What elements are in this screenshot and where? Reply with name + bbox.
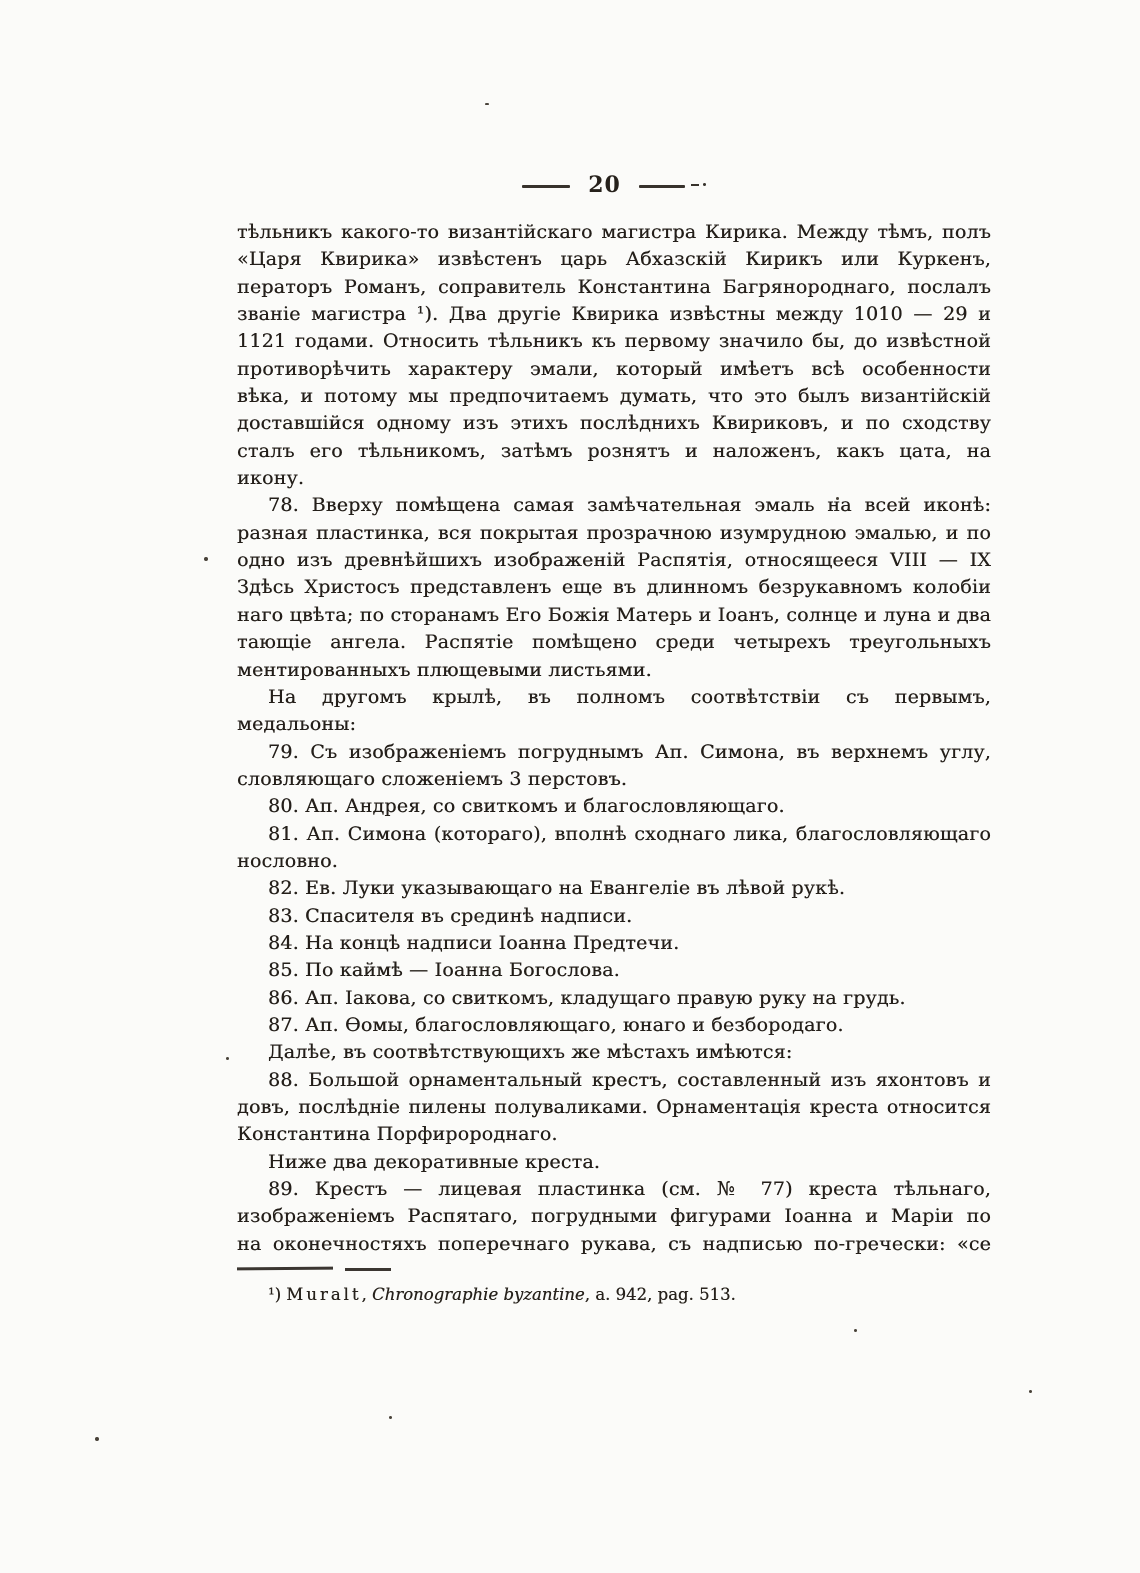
text-line: 81. Ап. Симона (котораго), вполнѣ сходна… (237, 821, 991, 848)
text-line: 84. На концѣ надписи Іоанна Предтечи. (237, 930, 991, 957)
paragraph: 78. Вверху помѣщена самая замѣчательная … (237, 492, 991, 683)
paragraph: 88. Большой орнаментальный крестъ, соста… (237, 1067, 991, 1149)
text-line: 78. Вверху помѣщена самая замѣчательная … (237, 492, 991, 519)
text-line: 89. Крестъ — лицевая пластинка (см. № 77… (237, 1176, 991, 1203)
text-line: 79. Съ изображеніемъ погруднымъ Ап. Симо… (237, 739, 991, 766)
text-line: 88. Большой орнаментальный крестъ, соста… (237, 1067, 991, 1094)
scan-speck (836, 497, 839, 500)
page-number: 20 (588, 172, 621, 198)
page-header: 20 (237, 170, 991, 202)
text-line: ператоръ Романъ, соправитель Константина… (237, 274, 991, 301)
text-line: одно изъ древнѣйшихъ изображеній Распяті… (237, 547, 991, 574)
paragraph: 85. По каймѣ — Іоанна Богослова. (237, 957, 991, 984)
text-line: 1121 годами. Относить тѣльникъ къ первом… (237, 328, 991, 355)
separator-gap (333, 1281, 345, 1282)
text-line: 85. По каймѣ — Іоанна Богослова. (237, 957, 991, 984)
text-line: доставшійся одному изъ этихъ послѣднихъ … (237, 410, 991, 437)
separator-segment (345, 1268, 391, 1271)
scan-speck (854, 1329, 857, 1332)
paragraph: Ниже два декоративные креста. (237, 1149, 991, 1176)
text-line: вѣка, и потому мы предпочитаемъ думать, … (237, 383, 991, 410)
text-line: На другомъ крылѣ, въ полномъ соотвѣтстві… (237, 684, 991, 711)
text-line: словляющаго сложеніемъ 3 перстовъ. (237, 766, 991, 793)
text-line: изображеніемъ Распятаго, погрудными фигу… (237, 1203, 991, 1230)
paragraph: 83. Спасителя въ срединѣ надписи. (237, 903, 991, 930)
paragraph: Далѣе, въ соотвѣтствующихъ же мѣстахъ им… (237, 1039, 991, 1066)
scan-speck (389, 1416, 392, 1419)
footnote-segment: , a. 942, pag. 513. (585, 1285, 736, 1304)
footnote-segment: ¹) (268, 1285, 286, 1304)
text-line: тѣльникъ какого-то византійскаго магистр… (237, 219, 991, 246)
footnote-segment: Muralt (286, 1285, 361, 1304)
header-rule-tick-icon (691, 184, 699, 186)
text-line: противорѣчить характеру эмали, который и… (237, 356, 991, 383)
text-line: 82. Ев. Луки указывающаго на Евангеліе в… (237, 875, 991, 902)
paragraph: тѣльникъ какого-то византійскаго магистр… (237, 219, 991, 492)
book-page: 20 тѣльникъ какого-то византійскаго маги… (0, 0, 1140, 1573)
paragraph: 80. Ап. Андрея, со свиткомъ и благословл… (237, 793, 991, 820)
separator-segment (237, 1267, 333, 1270)
paragraph: 81. Ап. Симона (котораго), вполнѣ сходна… (237, 821, 991, 876)
text-line: нословно. (237, 848, 991, 875)
header-rule-right-icon (639, 185, 685, 188)
text-line: медальоны: (237, 711, 991, 738)
footnote-segment: Chronographie byzantine (372, 1285, 585, 1304)
text-line: «Царя Квирика» извѣстенъ царь Абхазскій … (237, 246, 991, 273)
text-line: тающіе ангела. Распятіе помѣщено среди ч… (237, 629, 991, 656)
scan-speck (1029, 1390, 1032, 1393)
paragraph: 84. На концѣ надписи Іоанна Предтечи. (237, 930, 991, 957)
paragraph: 89. Крестъ — лицевая пластинка (см. № 77… (237, 1176, 991, 1258)
text-line: разная пластинка, вся покрытая прозрачно… (237, 520, 991, 547)
text-line: на оконечностяхъ поперечнаго рукава, съ … (237, 1231, 991, 1258)
paragraph: 87. Ап. Ѳомы, благословляющаго, юнаго и … (237, 1012, 991, 1039)
text-line: званіе магистра ¹). Два другіе Квирика и… (237, 301, 991, 328)
text-line: 83. Спасителя въ срединѣ надписи. (237, 903, 991, 930)
text-line: Константина Порфиророднаго. (237, 1121, 991, 1148)
text-line: 87. Ап. Ѳомы, благословляющаго, юнаго и … (237, 1012, 991, 1039)
text-line: икону. (237, 465, 991, 492)
text-line: 80. Ап. Андрея, со свиткомъ и благословл… (237, 793, 991, 820)
paragraph: На другомъ крылѣ, въ полномъ соотвѣтстві… (237, 684, 991, 739)
text-line: Ниже два декоративные креста. (237, 1149, 991, 1176)
scan-speck (204, 557, 208, 561)
footnote-separator (237, 1267, 391, 1270)
text-line: 86. Ап. Іакова, со свиткомъ, кладущаго п… (237, 985, 991, 1012)
footnote-segment: , (361, 1285, 372, 1304)
paragraph: 86. Ап. Іакова, со свиткомъ, кладущаго п… (237, 985, 991, 1012)
paragraph: 82. Ев. Луки указывающаго на Евангеліе в… (237, 875, 991, 902)
header-rule-dot-icon (703, 183, 706, 186)
header-rule-left-icon (522, 185, 570, 188)
text-line: Здѣсь Христосъ представленъ еще въ длинн… (237, 574, 991, 601)
text-line: довъ, послѣдніе пилены полуваликами. Орн… (237, 1094, 991, 1121)
scan-speck (485, 103, 489, 105)
scan-speck (226, 1057, 229, 1060)
text-line: сталъ его тѣльникомъ, затѣмъ рознятъ и н… (237, 438, 991, 465)
text-line: наго цвѣта; по сторанамъ Его Божія Матер… (237, 602, 991, 629)
text-line: ментированныхъ плющевыми листьями. (237, 657, 991, 684)
text-line: Далѣе, въ соотвѣтствующихъ же мѣстахъ им… (237, 1039, 991, 1066)
body-text: тѣльникъ какого-то византійскаго магистр… (237, 219, 991, 1258)
paragraph: 79. Съ изображеніемъ погруднымъ Ап. Симо… (237, 739, 991, 794)
footnote: ¹) Muralt, Chronographie byzantine, a. 9… (268, 1284, 988, 1306)
scan-speck (95, 1437, 99, 1441)
